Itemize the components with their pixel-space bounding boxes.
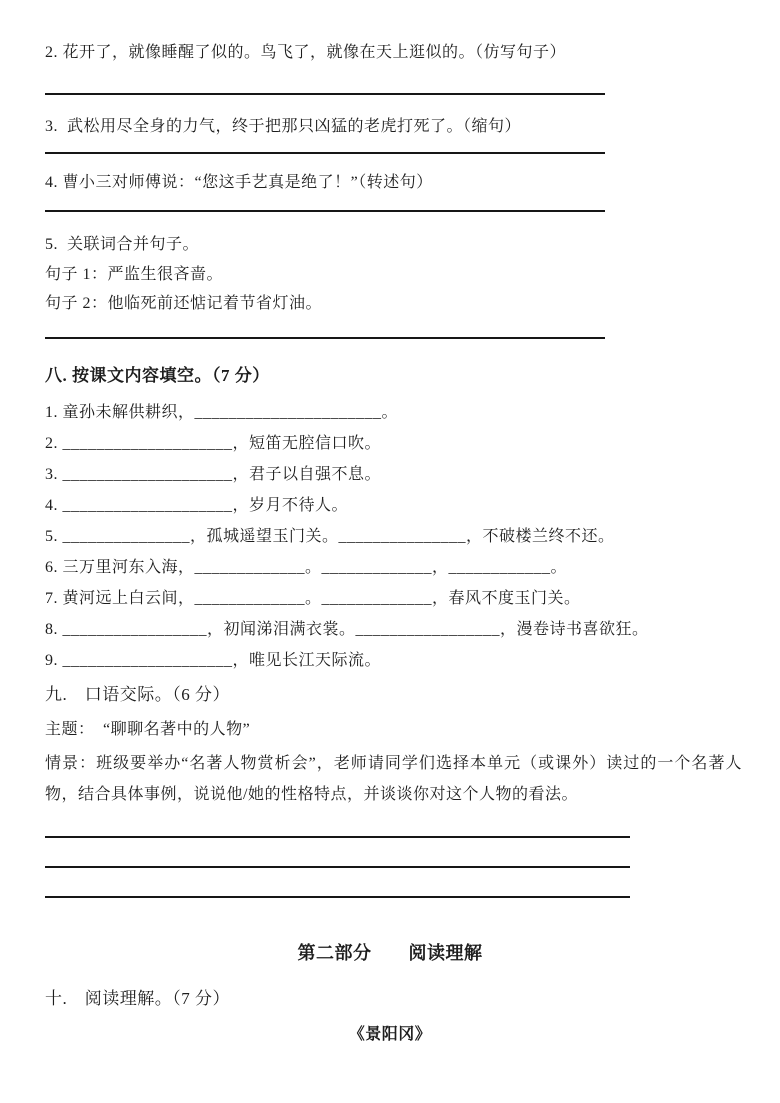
oral-topic: 主题： “聊聊名著中的人物” — [45, 719, 250, 740]
question-4-text: 4. 曹小三对师傅说：“您这手艺真是绝了！”（转述句） — [45, 172, 433, 193]
passage-title: 《景阳冈》 — [0, 1024, 780, 1045]
question-2-text: 2. 花开了，就像睡醒了似的。鸟飞了，就像在天上逛似的。（仿写句子） — [45, 42, 566, 63]
answer-line-oral-2[interactable] — [45, 866, 630, 868]
fill-item-7[interactable]: 7. 黄河远上白云间，_____________。_____________，春… — [45, 588, 581, 609]
question-5-sentence-1: 句子 1：严监生很吝啬。 — [45, 264, 223, 285]
question-5-sentence-2: 句子 2：他临死前还惦记着节省灯油。 — [45, 293, 322, 314]
fill-item-9[interactable]: 9. ____________________，唯见长江天际流。 — [45, 650, 381, 671]
answer-line-q3[interactable] — [45, 152, 605, 154]
fill-item-6[interactable]: 6. 三万里河东入海，_____________。_____________，_… — [45, 557, 567, 578]
section-9-heading: 九. 口语交际。（6 分） — [45, 684, 230, 705]
exam-page: 2. 花开了，就像睡醒了似的。鸟飞了，就像在天上逛似的。（仿写句子） 3. 武松… — [0, 0, 780, 1103]
answer-line-q4[interactable] — [45, 210, 605, 212]
question-3-text: 3. 武松用尽全身的力气，终于把那只凶猛的老虎打死了。（缩句） — [45, 116, 521, 137]
part-two-heading: 第二部分 阅读理解 — [0, 943, 780, 964]
section-8-heading: 八. 按课文内容填空。（7 分） — [45, 365, 270, 386]
fill-item-8[interactable]: 8. _________________，初闻涕泪满衣裳。___________… — [45, 619, 649, 640]
oral-scenario: 情景：班级要举办“名著人物赏析会”，老师请同学们选择本单元（或课外）读过的一个名… — [45, 748, 742, 810]
answer-line-q5[interactable] — [45, 337, 605, 339]
answer-line-q2[interactable] — [45, 93, 605, 95]
fill-item-3[interactable]: 3. ____________________，君子以自强不息。 — [45, 464, 381, 485]
fill-item-1[interactable]: 1. 童孙未解供耕织，______________________。 — [45, 402, 398, 423]
fill-item-5[interactable]: 5. _______________，孤城遥望玉门关。_____________… — [45, 526, 615, 547]
fill-item-2[interactable]: 2. ____________________，短笛无腔信口吹。 — [45, 433, 381, 454]
question-5-text: 5. 关联词合并句子。 — [45, 234, 199, 255]
fill-item-4[interactable]: 4. ____________________，岁月不待人。 — [45, 495, 348, 516]
answer-line-oral-3[interactable] — [45, 896, 630, 898]
answer-line-oral-1[interactable] — [45, 836, 630, 838]
section-10-heading: 十. 阅读理解。（7 分） — [45, 988, 230, 1009]
